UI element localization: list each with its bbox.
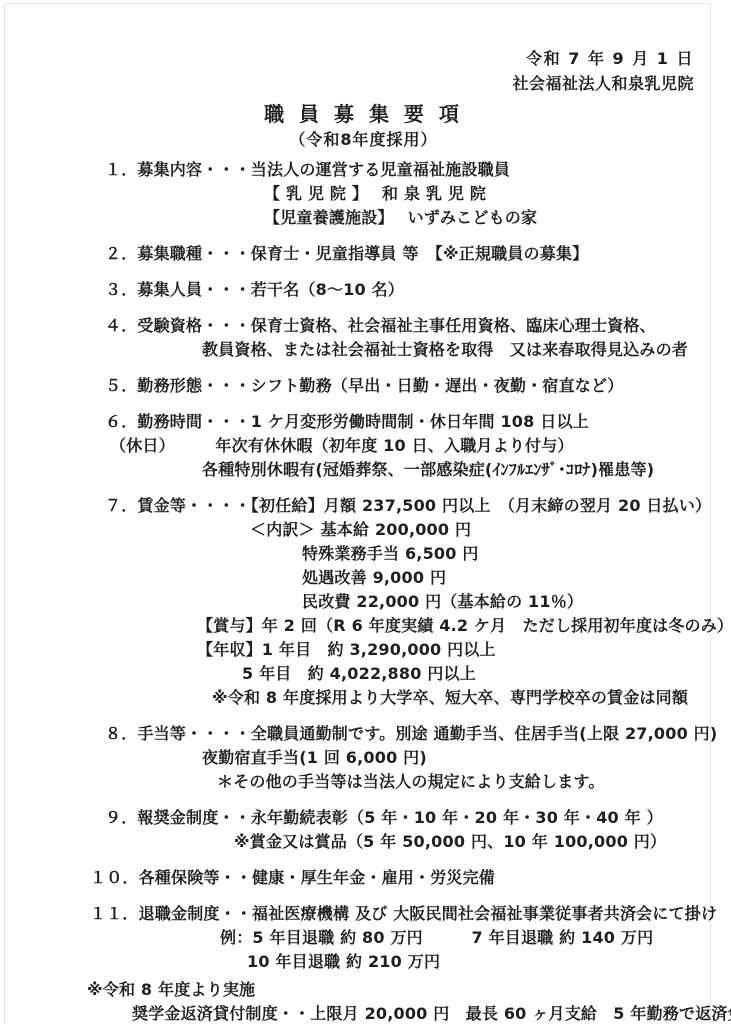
doc-line: 【 乳 児 院 】 和 泉 乳 児 院 xyxy=(5,182,710,206)
doc-line: （休日） 年次有休休暇（初年度 10 日、入職月より付与） xyxy=(5,434,710,458)
doc-line: 【年収】1 年目 約 3,290,000 円以上 xyxy=(5,638,710,662)
doc-line: ４．受験資格・・・保育士資格、社会福祉主事任用資格、臨床心理士資格、 xyxy=(5,314,710,338)
doc-line: ６．勤務時間・・・1 ケ月変形労働時間制・休日年間 108 日以上 xyxy=(5,410,710,434)
document-page: 令和 7 年 9 月 1 日 社会福祉法人和泉乳児院 職 員 募 集 要 項 （… xyxy=(4,3,711,1024)
doc-organization: 社会福祉法人和泉乳児院 xyxy=(5,71,694,96)
doc-line: １１．退職金制度・・福祉医療機構 及び 大阪民間社会福祉事業従事者共済会にて掛け xyxy=(5,902,710,926)
doc-line: 例：5 年目退職 約 80 万円 7 年目退職 約 140 万円 xyxy=(5,926,710,950)
doc-line: ８．手当等・・・・全職員通勤制です。別途 通勤手当、住居手当(上限 27,000… xyxy=(5,722,710,746)
doc-date: 令和 7 年 9 月 1 日 xyxy=(5,46,694,71)
doc-line: ※賞金又は賞品（5 年 50,000 円、10 年 100,000 円） xyxy=(5,830,710,854)
doc-subtitle: （令和8年度採用） xyxy=(5,128,710,152)
doc-line: ３．募集人員・・・若干名（8～10 名） xyxy=(5,278,710,302)
document-viewport: 令和 7 年 9 月 1 日 社会福祉法人和泉乳児院 職 員 募 集 要 項 （… xyxy=(0,0,731,1024)
doc-line: ７．賃金等・・・・【初任給】月額 237,500 円以上 （月末締の翌月 20 … xyxy=(5,494,710,518)
doc-title: 職 員 募 集 要 項 xyxy=(5,100,710,128)
doc-line: ＜内訳＞ 基本給 200,000 円 xyxy=(5,518,710,542)
doc-line: 5 年目 約 4,022,880 円以上 xyxy=(5,662,710,686)
doc-line: 特殊業務手当 6,500 円 xyxy=(5,542,710,566)
doc-header: 令和 7 年 9 月 1 日 社会福祉法人和泉乳児院 xyxy=(5,46,710,96)
doc-line: １．募集内容・・・当法人の運営する児童福祉施設職員 xyxy=(5,158,710,182)
doc-line: ９．報奨金制度・・永年勤続表彰（5 年・10 年・20 年・30 年・40 年 … xyxy=(5,806,710,830)
doc-line: 民改費 22,000 円（基本給の 11％） xyxy=(5,590,710,614)
doc-line: 教員資格、または社会福祉士資格を取得 又は来春取得見込みの者 xyxy=(5,338,710,362)
doc-line: １０．各種保険等・・健康・厚生年金・雇用・労災完備 xyxy=(5,866,710,890)
doc-line: 【賞与】年 2 回（R 6 年度実績 4.2 ケ月 ただし採用初年度は冬のみ） xyxy=(5,614,710,638)
doc-line: ＊その他の手当等は当法人の規定により支給します。 xyxy=(5,770,710,794)
footnote-line: 奨学金返済貸付制度・・上限月 20,000 円 最長 60 ヶ月支給 5 年勤務… xyxy=(5,1002,710,1024)
doc-line: 【児童養護施設】 いずみこどもの家 xyxy=(5,206,710,230)
doc-line: 処遇改善 9,000 円 xyxy=(5,566,710,590)
doc-line: ５．勤務形態・・・シフト勤務（早出・日勤・遅出・夜勤・宿直など） xyxy=(5,374,710,398)
doc-line: ※令和 8 年度採用より大学卒、短大卒、専門学校卒の賃金は同額 xyxy=(5,686,710,710)
doc-line: ２．募集職種・・・保育士・児童指導員 等 【※正規職員の募集】 xyxy=(5,242,710,266)
doc-line: 夜勤宿直手当(1 回 6,000 円) xyxy=(5,746,710,770)
footnote-line: ※令和 8 年度より実施 xyxy=(5,978,710,1002)
doc-line: 各種特別休暇有(冠婚葬祭、一部感染症(ｲﾝﾌﾙｴﾝｻﾞ･ｺﾛﾅ)罹患等) xyxy=(5,458,710,482)
doc-line: 10 年目退職 約 210 万円 xyxy=(5,950,710,974)
